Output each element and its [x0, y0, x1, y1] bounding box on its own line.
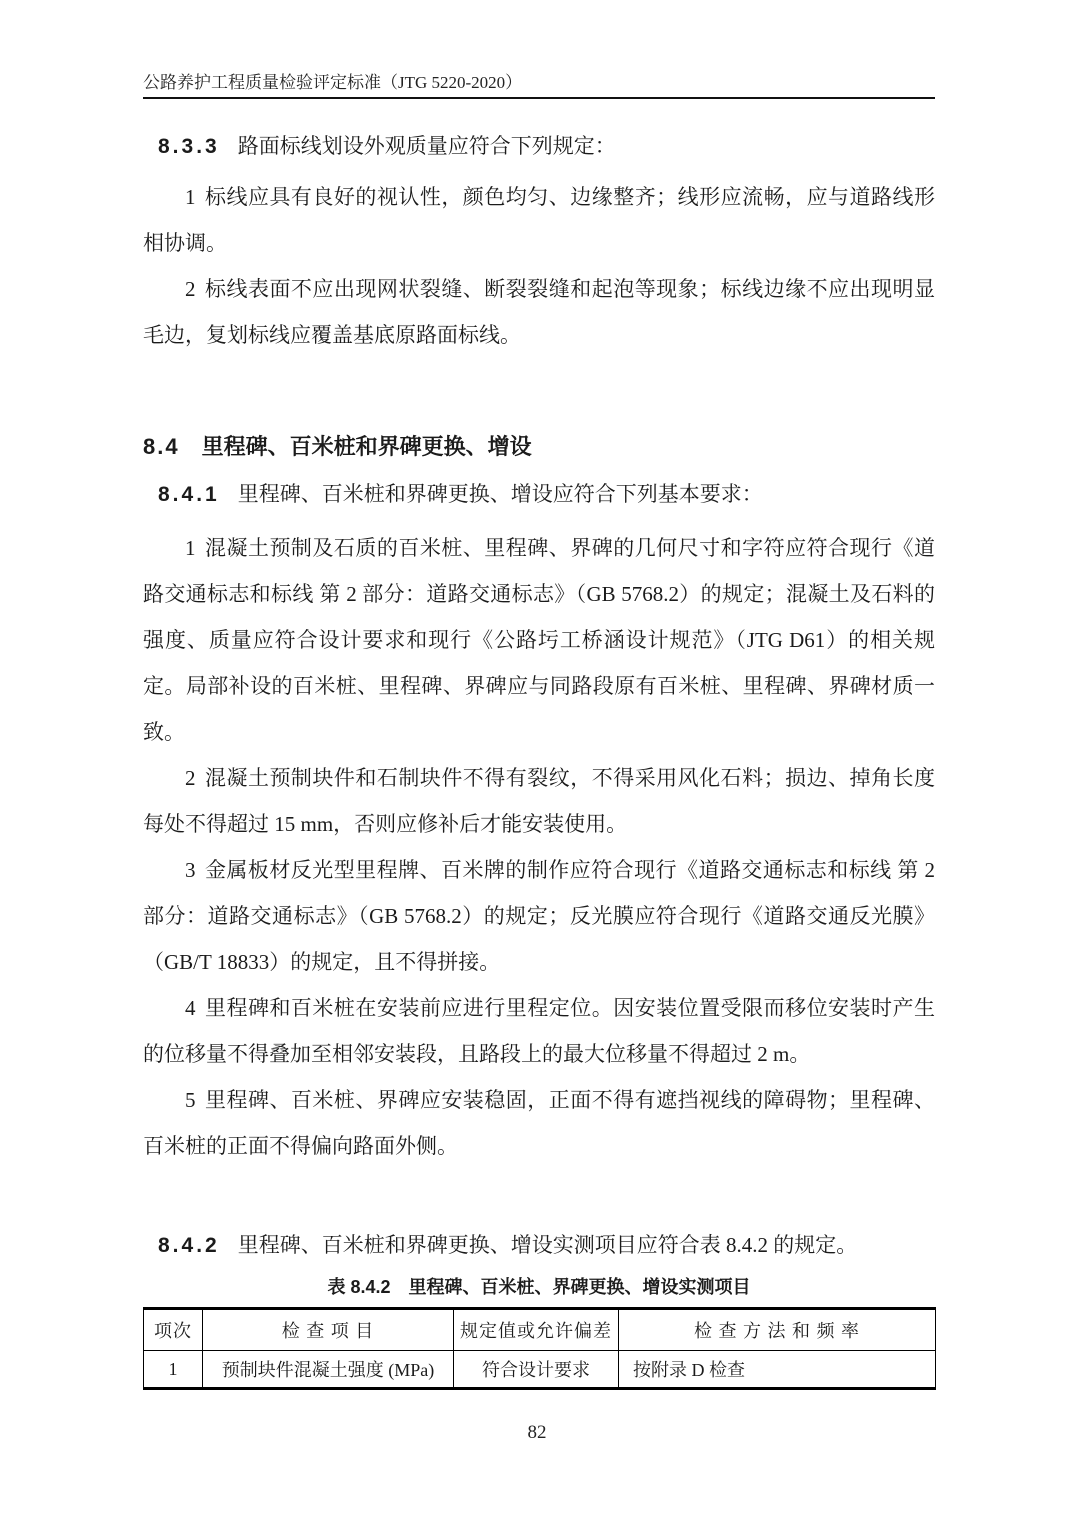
list-item: 5里程碑、百米桩、界碑应安装稳固，正面不得有遮挡视线的障碍物；里程碑、百米桩的正… [143, 1077, 935, 1169]
item-text: 标线应具有良好的视认性，颜色均匀、边缘整齐；线形应流畅，应与道路线形相协调。 [143, 185, 935, 255]
clause-8-4-1: 8.4.1里程碑、百米桩和界碑更换、增设应符合下列基本要求： [143, 471, 935, 518]
clause-8-4-2-number: 8.4.2 [158, 1234, 220, 1257]
item-text: 标线表面不应出现网状裂缝、断裂裂缝和起泡等现象；标线边缘不应出现明显毛边，复划标… [143, 277, 935, 347]
table-header-check-method: 检 查 方 法 和 频 率 [619, 1309, 936, 1351]
clause-8-4-1-number: 8.4.1 [158, 483, 220, 506]
list-item: 2标线表面不应出现网状裂缝、断裂裂缝和起泡等现象；标线边缘不应出现明显毛边，复划… [143, 266, 935, 358]
item-text: 混凝土预制及石质的百米桩、里程碑、界碑的几何尺寸和字符应符合现行《道路交通标志和… [143, 536, 935, 744]
table-row: 1 预制块件混凝土强度 (MPa) 符合设计要求 按附录 D 检查 [144, 1351, 936, 1389]
list-item: 4里程碑和百米桩在安装前应进行里程定位。因安装位置受限而移位安装时产生的位移量不… [143, 985, 935, 1077]
item-number: 2 [185, 766, 196, 790]
item-text: 里程碑、百米桩、界碑应安装稳固，正面不得有遮挡视线的障碍物；里程碑、百米桩的正面… [143, 1088, 935, 1158]
running-header: 公路养护工程质量检验评定标准（JTG 5220-2020） [143, 73, 935, 93]
cell-item-no: 1 [144, 1351, 203, 1389]
section-8-4-number: 8.4 [143, 434, 180, 459]
page-number: 82 [0, 1422, 1074, 1444]
spec-table: 项次 检 查 项 目 规定值或允许偏差 检 查 方 法 和 频 率 1 预制块件… [143, 1307, 936, 1390]
clause-8-4-1-title: 里程碑、百米桩和界碑更换、增设应符合下列基本要求： [238, 482, 763, 506]
clause-8-3-3-title: 路面标线划设外观质量应符合下列规定： [238, 134, 616, 158]
cell-check-method: 按附录 D 检查 [619, 1351, 936, 1389]
clause-8-3-3: 8.3.3路面标线划设外观质量应符合下列规定： [143, 123, 935, 170]
clause-8-3-3-number: 8.3.3 [158, 135, 220, 158]
table-header-item-no: 项次 [144, 1309, 203, 1351]
clause-8-4-1-items: 1混凝土预制及石质的百米桩、里程碑、界碑的几何尺寸和字符应符合现行《道路交通标志… [143, 525, 935, 1169]
section-heading-8-4: 8.4里程碑、百米桩和界碑更换、增设 [143, 424, 935, 470]
clause-8-4-2-title: 里程碑、百米桩和界碑更换、增设实测项目应符合表 8.4.2 的规定。 [238, 1233, 858, 1257]
item-number: 1 [185, 536, 196, 560]
document-page: 公路养护工程质量检验评定标准（JTG 5220-2020） 8.3.3路面标线划… [0, 0, 1074, 1520]
item-text: 混凝土预制块件和石制块件不得有裂纹，不得采用风化石料；损边、掉角长度每处不得超过… [143, 766, 935, 836]
table-header-row: 项次 检 查 项 目 规定值或允许偏差 检 查 方 法 和 频 率 [144, 1309, 936, 1351]
table-header-allowed-deviation: 规定值或允许偏差 [454, 1309, 619, 1351]
clause-8-3-3-items: 1标线应具有良好的视认性，颜色均匀、边缘整齐；线形应流畅，应与道路线形相协调。 … [143, 174, 935, 358]
item-number: 3 [185, 858, 196, 882]
running-header-text: 公路养护工程质量检验评定标准（JTG 5220-2020） [143, 73, 522, 92]
header-rule [143, 97, 935, 99]
table-caption: 表 8.4.2 里程碑、百米桩、界碑更换、增设实测项目 [143, 1275, 935, 1299]
list-item: 1标线应具有良好的视认性，颜色均匀、边缘整齐；线形应流畅，应与道路线形相协调。 [143, 174, 935, 266]
table-header-check-item: 检 查 项 目 [203, 1309, 454, 1351]
cell-allowed-deviation: 符合设计要求 [454, 1351, 619, 1389]
item-text: 里程碑和百米桩在安装前应进行里程定位。因安装位置受限而移位安装时产生的位移量不得… [143, 996, 935, 1066]
item-number: 5 [185, 1088, 196, 1112]
section-8-4-title: 里程碑、百米桩和界碑更换、增设 [202, 434, 532, 459]
clause-8-4-2: 8.4.2里程碑、百米桩和界碑更换、增设实测项目应符合表 8.4.2 的规定。 [143, 1222, 935, 1269]
item-number: 4 [185, 996, 196, 1020]
list-item: 3金属板材反光型里程牌、百米牌的制作应符合现行《道路交通标志和标线 第 2 部分… [143, 847, 935, 985]
list-item: 1混凝土预制及石质的百米桩、里程碑、界碑的几何尺寸和字符应符合现行《道路交通标志… [143, 525, 935, 755]
list-item: 2混凝土预制块件和石制块件不得有裂纹，不得采用风化石料；损边、掉角长度每处不得超… [143, 755, 935, 847]
item-text: 金属板材反光型里程牌、百米牌的制作应符合现行《道路交通标志和标线 第 2 部分：… [143, 858, 935, 974]
item-number: 1 [185, 185, 196, 209]
page-content: 8.3.3路面标线划设外观质量应符合下列规定： 1标线应具有良好的视认性，颜色均… [143, 100, 935, 1390]
cell-check-item: 预制块件混凝土强度 (MPa) [203, 1351, 454, 1389]
item-number: 2 [185, 277, 196, 301]
